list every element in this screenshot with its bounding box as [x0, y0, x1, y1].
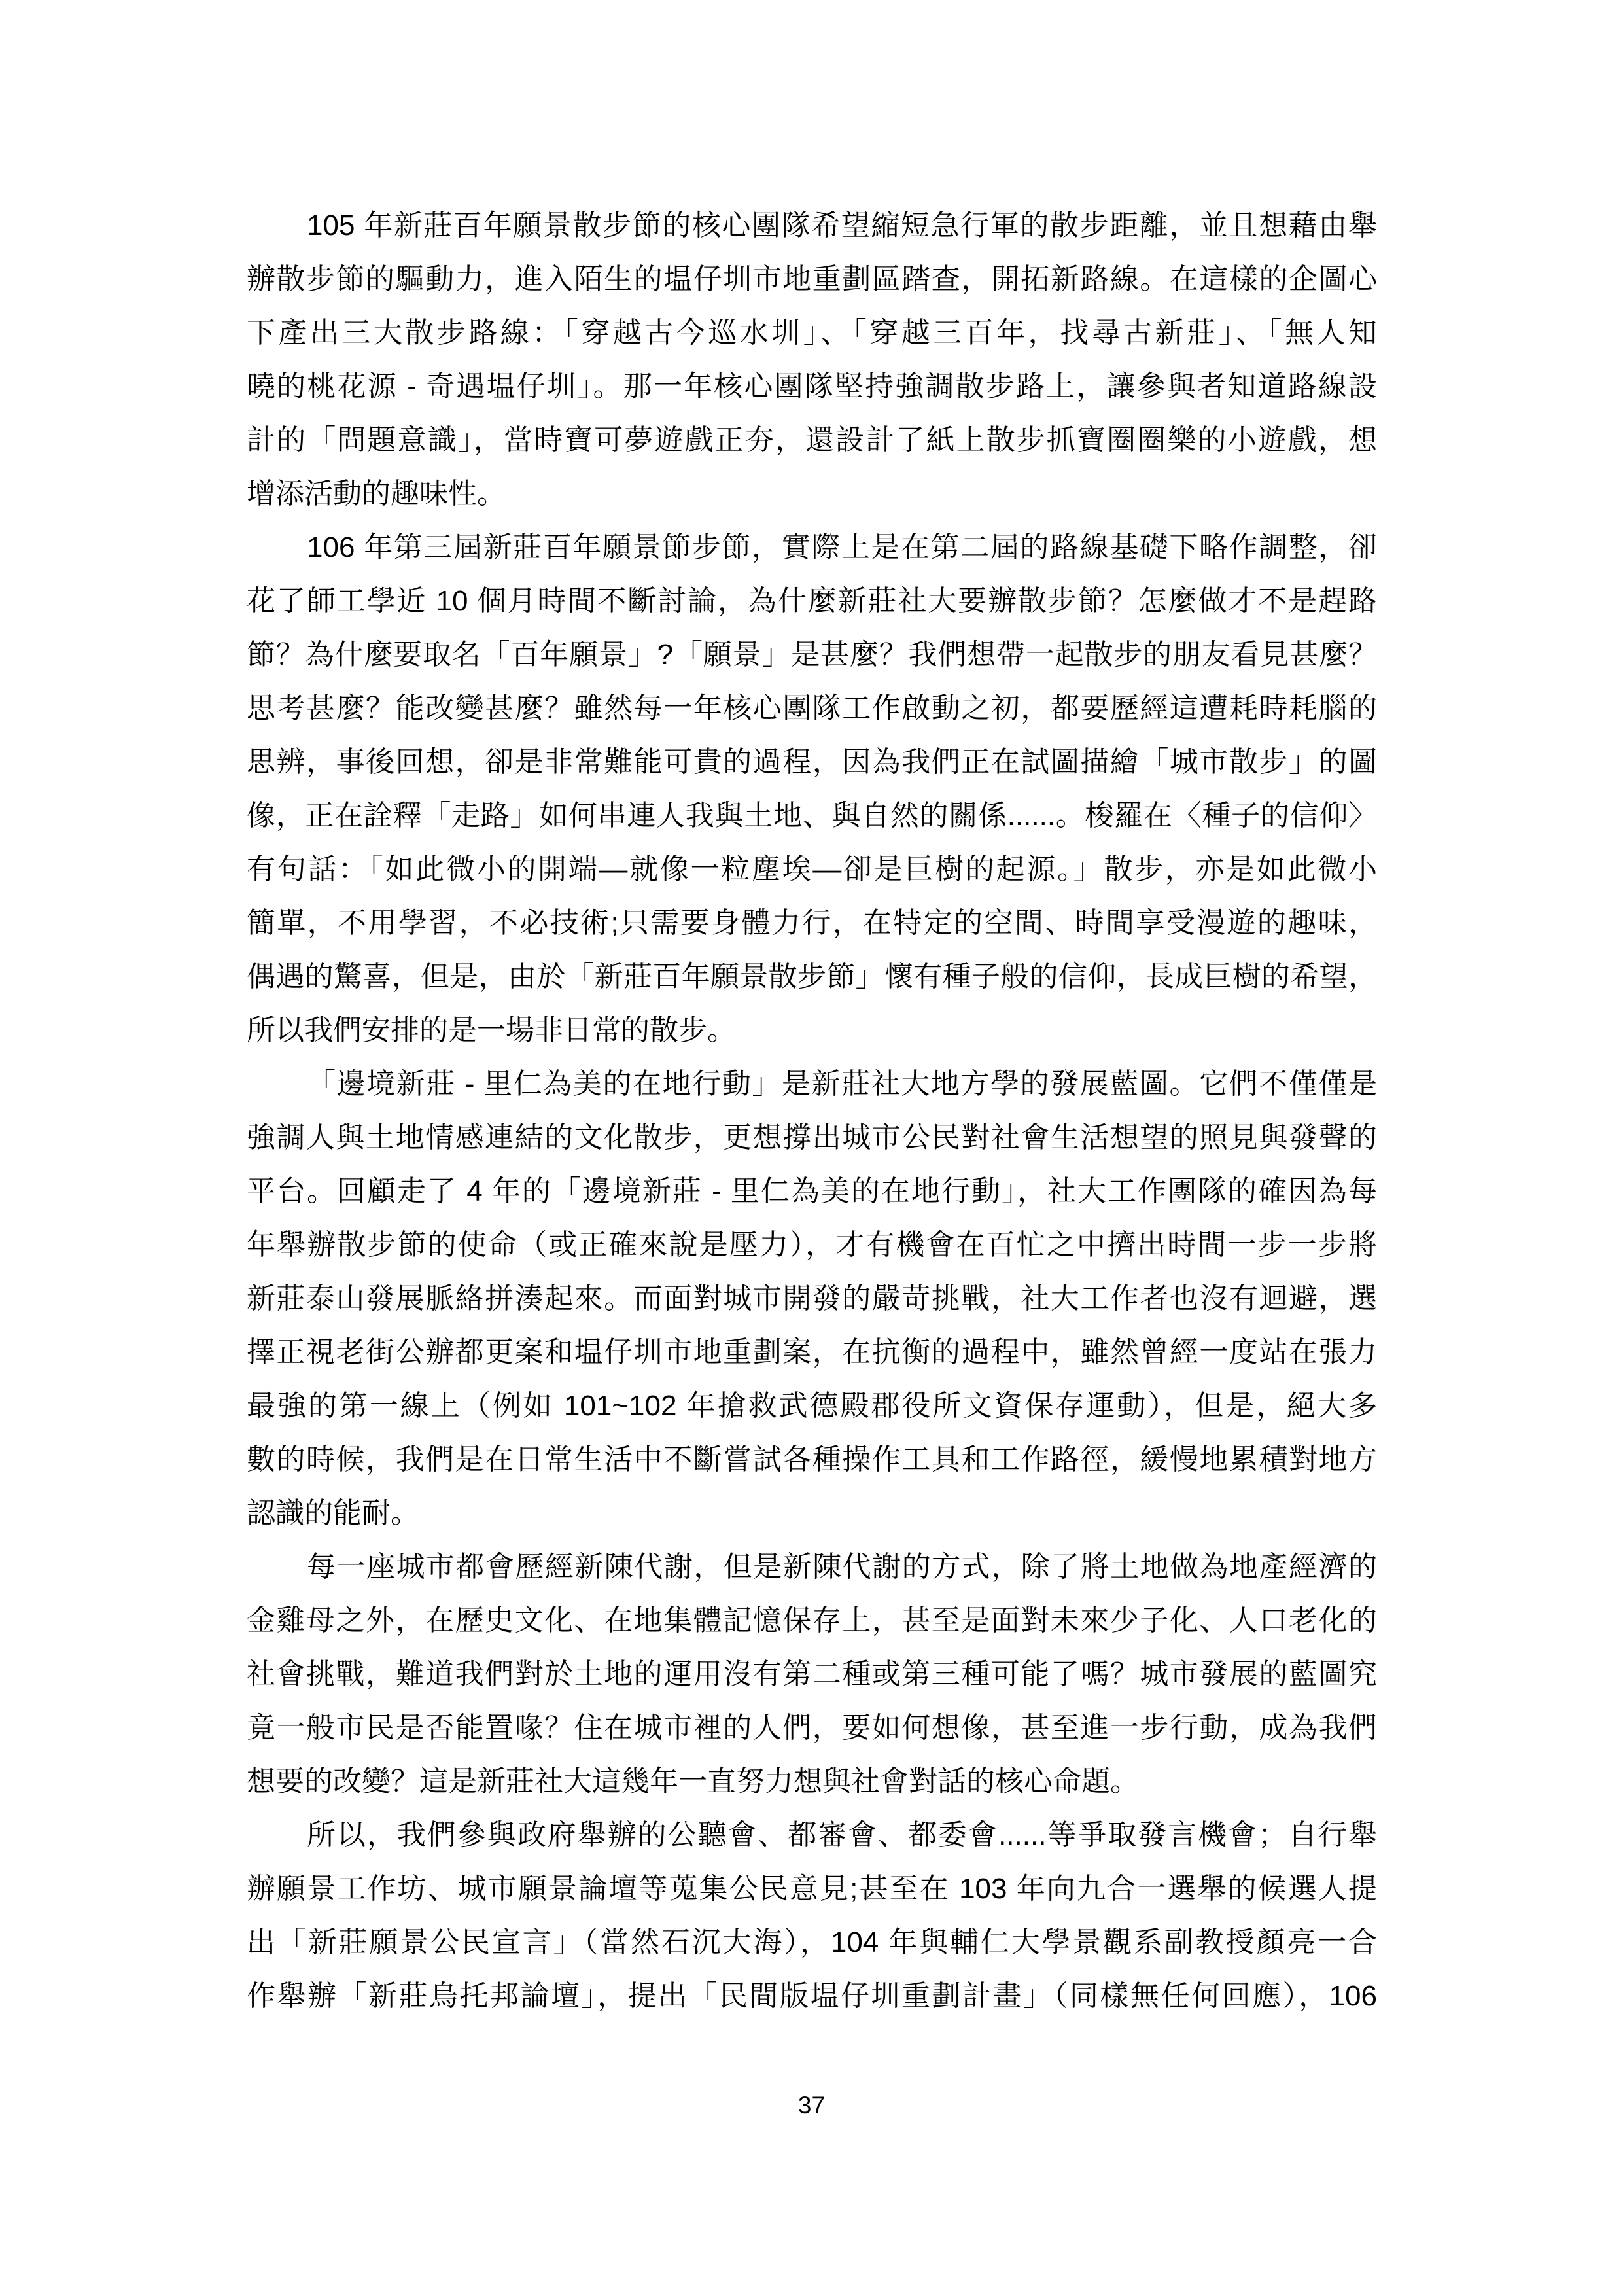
- paragraph-line: 下產出三大散步路線：「穿越古今巡水圳」、「穿越三百年，找尋古新莊」、「無人知: [247, 306, 1377, 360]
- paragraph-line: 偶遇的驚喜，但是，由於「新莊百年願景散步節」懷有種子般的信仰，長成巨樹的希望，: [247, 950, 1377, 1004]
- paragraph-line: 竟一般市民是否能置喙？住在城市裡的人們，要如何想像，甚至進一步行動，成為我們: [247, 1701, 1377, 1755]
- paragraph-line: 花了師工學近 10 個月時間不斷討論，為什麼新莊社大要辦散步節？怎麼做才不是趕路: [247, 574, 1377, 628]
- paragraph-line: 曉的桃花源 - 奇遇塭仔圳」。那一年核心團隊堅持強調散步路上，讓參與者知道路線設: [247, 360, 1377, 414]
- paragraph-line: 辦願景工作坊、城市願景論壇等蒐集公民意見;甚至在 103 年向九合一選舉的候選人…: [247, 1862, 1377, 1916]
- page-footer: 37: [0, 2091, 1623, 2120]
- paragraph-line: 數的時候，我們是在日常生活中不斷嘗試各種操作工具和工作路徑，緩慢地累積對地方: [247, 1433, 1377, 1487]
- paragraph: 所以，我們參與政府舉辦的公聽會、都審會、都委會......等爭取發言機會；自行舉…: [247, 1809, 1377, 2023]
- paragraph-line: 作舉辦「新莊烏托邦論壇」，提出「民間版塭仔圳重劃計畫」（同樣無任何回應），106: [247, 1969, 1377, 2023]
- paragraph-line: 最強的第一線上（例如 101~102 年搶救武德殿郡役所文資保存運動），但是，絕…: [247, 1379, 1377, 1433]
- paragraph-line: 新莊泰山發展脈絡拼湊起來。而面對城市開發的嚴苛挑戰，社大工作者也沒有迴避，選: [247, 1272, 1377, 1326]
- paragraph-line: 認識的能耐。: [247, 1487, 1377, 1540]
- document-page: 105 年新莊百年願景散步節的核心團隊希望縮短急行軍的散步距離，並且想藉由舉辦散…: [0, 0, 1623, 2296]
- paragraph-line: 計的「問題意識」，當時寶可夢遊戲正夯，還設計了紙上散步抓寶圈圈樂的小遊戲，想: [247, 414, 1377, 467]
- paragraph: 106 年第三屆新莊百年願景節步節，實際上是在第二屆的路線基礎下略作調整，卻花了…: [247, 521, 1377, 1057]
- paragraph-line: 簡單，不用學習，不必技術;只需要身體力行，在特定的空間、時間享受漫遊的趣味，: [247, 896, 1377, 950]
- document-body: 105 年新莊百年願景散步節的核心團隊希望縮短急行軍的散步距離，並且想藉由舉辦散…: [247, 199, 1377, 2023]
- paragraph-line: 擇正視老街公辦都更案和塭仔圳市地重劃案，在抗衡的過程中，雖然曾經一度站在張力: [247, 1326, 1377, 1379]
- paragraph-line: 社會挑戰，難道我們對於土地的運用沒有第二種或第三種可能了嗎？城市發展的藍圖究: [247, 1648, 1377, 1701]
- paragraph-line: 平台。回顧走了 4 年的「邊境新莊 - 里仁為美的在地行動」，社大工作團隊的確因…: [247, 1165, 1377, 1218]
- paragraph-line: 年舉辦散步節的使命（或正確來說是壓力），才有機會在百忙之中擠出時間一步一步將: [247, 1218, 1377, 1272]
- paragraph-line: 辦散步節的驅動力，進入陌生的塭仔圳市地重劃區踏查，開拓新路線。在這樣的企圖心: [247, 253, 1377, 306]
- paragraph-line: 出「新莊願景公民宣言」（當然石沉大海），104 年與輔仁大學景觀系副教授顏亮一合: [247, 1916, 1377, 1969]
- paragraph-line: 增添活動的趣味性。: [247, 467, 1377, 521]
- paragraph-line: 「邊境新莊 - 里仁為美的在地行動」是新莊社大地方學的發展藍圖。它們不僅僅是: [247, 1057, 1377, 1111]
- paragraph-line: 想要的改變？這是新莊社大這幾年一直努力想與社會對話的核心命題。: [247, 1755, 1377, 1809]
- paragraph-line: 106 年第三屆新莊百年願景節步節，實際上是在第二屆的路線基礎下略作調整，卻: [247, 521, 1377, 574]
- paragraph-line: 105 年新莊百年願景散步節的核心團隊希望縮短急行軍的散步距離，並且想藉由舉: [247, 199, 1377, 253]
- paragraph-line: 所以，我們參與政府舉辦的公聽會、都審會、都委會......等爭取發言機會；自行舉: [247, 1809, 1377, 1862]
- paragraph-line: 思考甚麼？能改變甚麼？雖然每一年核心團隊工作啟動之初，都要歷經這遭耗時耗腦的: [247, 682, 1377, 735]
- page-number: 37: [798, 2092, 825, 2119]
- paragraph-line: 節？為什麼要取名「百年願景」?「願景」是甚麼？我們想帶一起散步的朋友看見甚麼？: [247, 628, 1377, 682]
- paragraph-line: 金雞母之外，在歷史文化、在地集體記憶保存上，甚至是面對未來少子化、人口老化的: [247, 1594, 1377, 1648]
- paragraph-line: 有句話：「如此微小的開端—就像一粒塵埃—卻是巨樹的起源。」散步，亦是如此微小: [247, 843, 1377, 896]
- paragraph: 「邊境新莊 - 里仁為美的在地行動」是新莊社大地方學的發展藍圖。它們不僅僅是強調…: [247, 1057, 1377, 1540]
- paragraph-line: 所以我們安排的是一場非日常的散步。: [247, 1004, 1377, 1057]
- paragraph: 每一座城市都會歷經新陳代謝，但是新陳代謝的方式，除了將土地做為地產經濟的金雞母之…: [247, 1540, 1377, 1809]
- paragraph-line: 思辨，事後回想，卻是非常難能可貴的過程，因為我們正在試圖描繪「城市散步」的圖: [247, 735, 1377, 789]
- paragraph-line: 強調人與土地情感連結的文化散步，更想撐出城市公民對社會生活想望的照見與發聲的: [247, 1111, 1377, 1165]
- paragraph: 105 年新莊百年願景散步節的核心團隊希望縮短急行軍的散步距離，並且想藉由舉辦散…: [247, 199, 1377, 521]
- paragraph-line: 像，正在詮釋「走路」如何串連人我與土地、與自然的關係......。梭羅在〈種子的…: [247, 789, 1377, 843]
- paragraph-line: 每一座城市都會歷經新陳代謝，但是新陳代謝的方式，除了將土地做為地產經濟的: [247, 1540, 1377, 1594]
